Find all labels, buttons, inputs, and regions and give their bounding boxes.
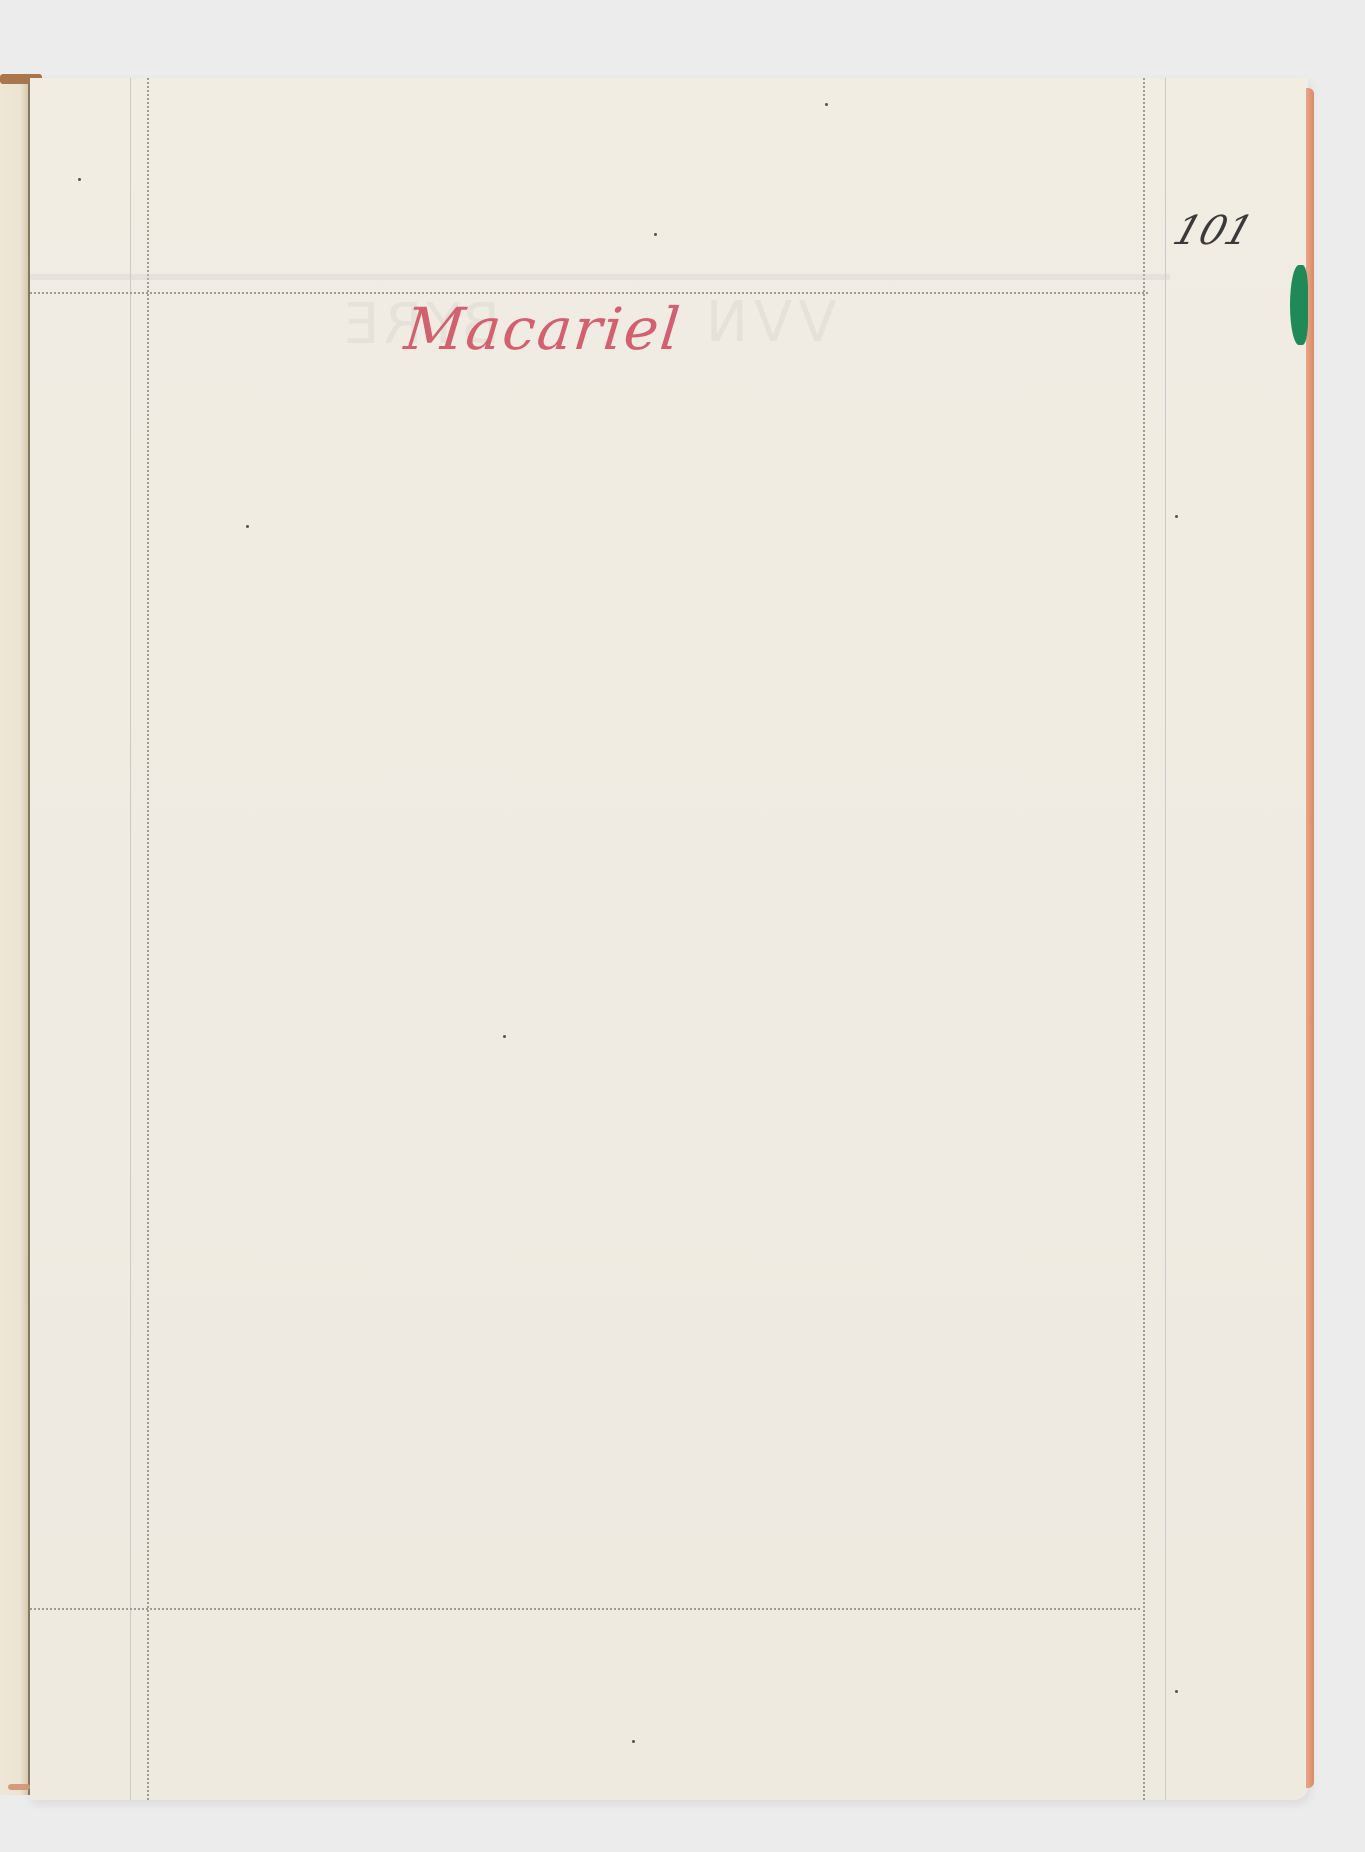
paper-speck bbox=[632, 1740, 635, 1743]
footer-rule bbox=[30, 1608, 1140, 1610]
page-number: 101 bbox=[1168, 208, 1259, 254]
margin-rule-left-outer bbox=[130, 78, 131, 1800]
margin-rule-left-inner bbox=[147, 78, 149, 1800]
facing-page-edge bbox=[0, 75, 30, 1795]
paper-speck bbox=[1175, 1690, 1178, 1693]
green-tab-mark bbox=[1290, 265, 1308, 345]
page-heading: Macariel bbox=[401, 295, 684, 363]
header-rule bbox=[30, 292, 1148, 294]
show-through-text-right: VVN bbox=[700, 290, 837, 355]
paper-speck bbox=[825, 103, 828, 106]
margin-rule-right-inner bbox=[1143, 78, 1145, 1800]
paper-speck bbox=[78, 178, 81, 181]
binding-corner-bottom bbox=[8, 1784, 30, 1790]
paper-speck bbox=[654, 233, 657, 236]
paper-speck bbox=[503, 1035, 506, 1038]
header-band-shade bbox=[30, 274, 1170, 280]
page-edge-red bbox=[1306, 88, 1314, 1788]
paper-speck bbox=[1175, 515, 1178, 518]
paper-speck bbox=[246, 525, 249, 528]
margin-rule-right-outer bbox=[1165, 78, 1166, 1800]
